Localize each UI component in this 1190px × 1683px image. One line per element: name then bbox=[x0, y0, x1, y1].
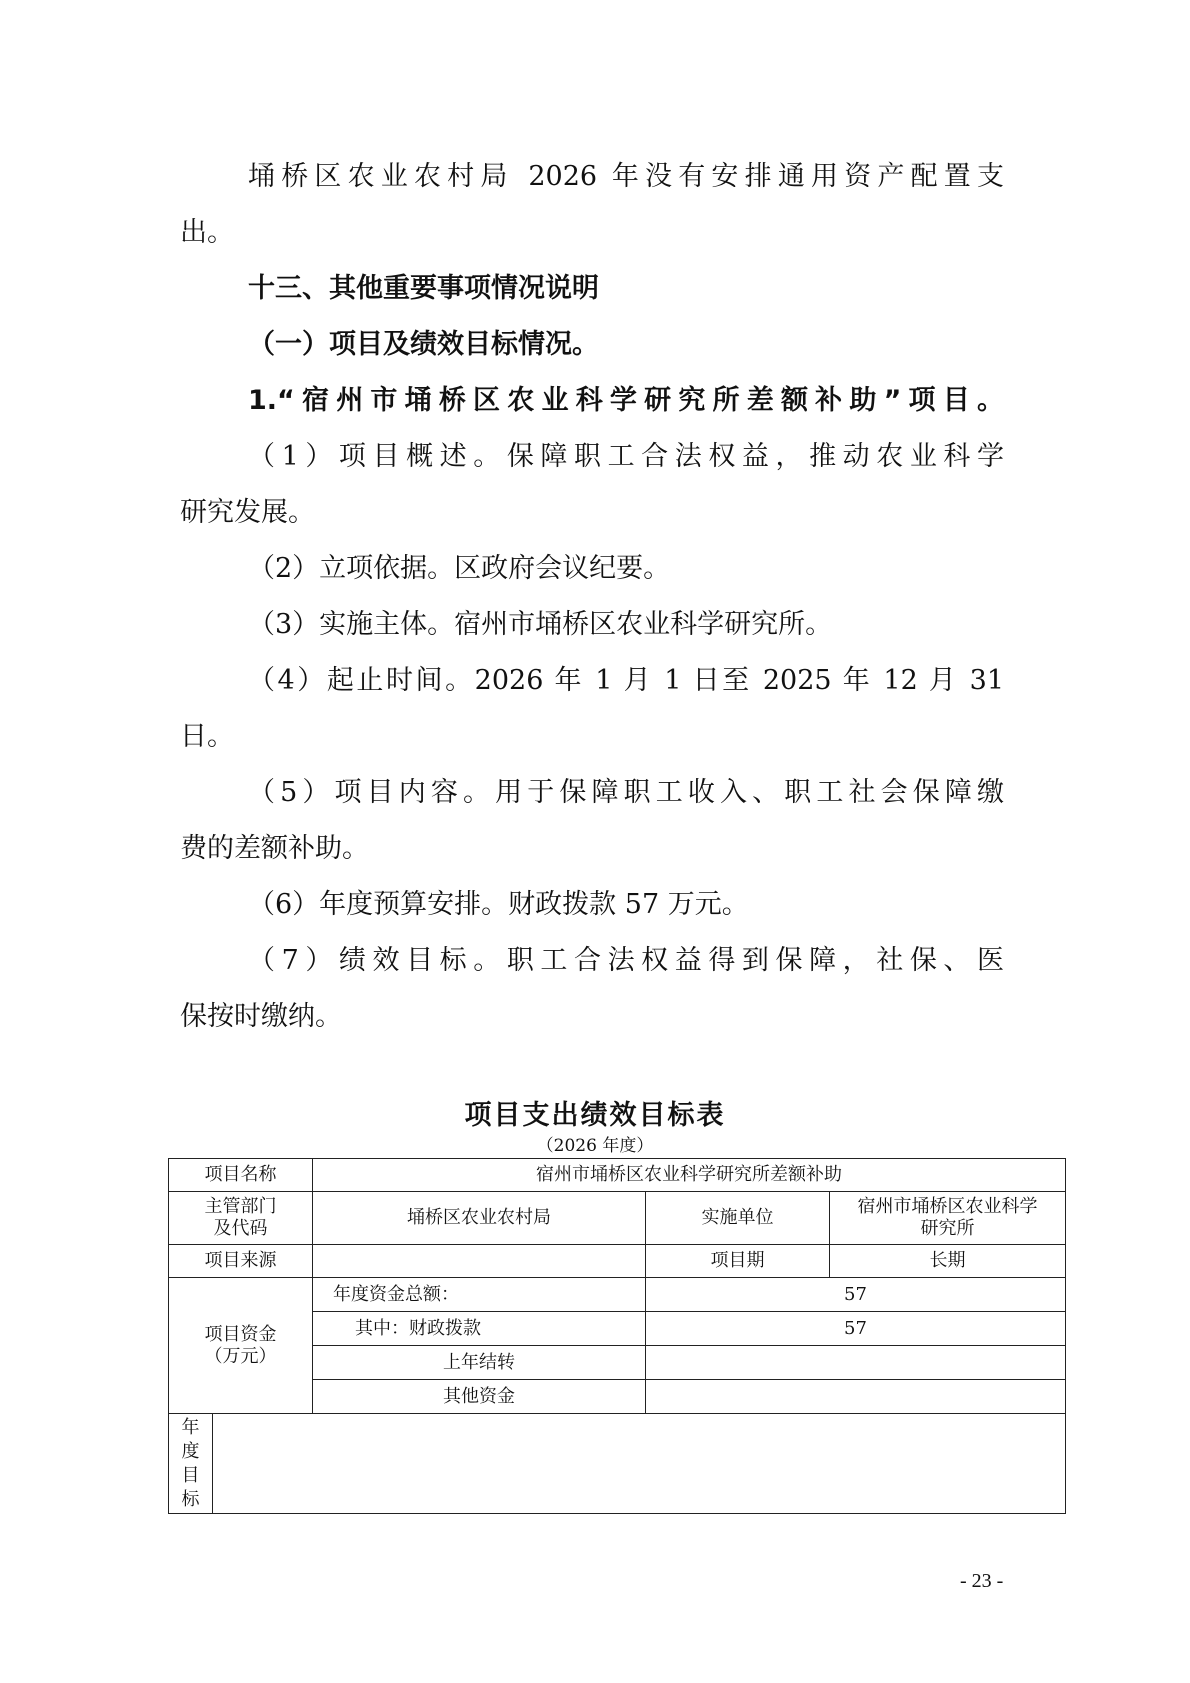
section-heading-line: （一）项目及绩效目标情况。 bbox=[248, 317, 1004, 373]
paragraph-line: （6）年度预算安排。财政拨款 57 万元。 bbox=[248, 877, 1004, 933]
fund-value: 57 bbox=[646, 1312, 1066, 1346]
fund-value bbox=[646, 1380, 1066, 1414]
table-row-annual-goal: 年 度 目 标 bbox=[169, 1414, 1066, 1514]
paragraph-line: （1）项目概述。保障职工合法权益，推动农业科学 bbox=[248, 429, 1004, 485]
paragraph-line: 日。 bbox=[180, 709, 1004, 765]
paragraph-line: 埇桥区农业农村局 2026 年没有安排通用资产配置支 bbox=[248, 149, 1004, 205]
department-label: 主管部门 及代码 bbox=[169, 1192, 313, 1245]
project-period-label: 项目期 bbox=[646, 1245, 830, 1278]
paragraph-line: （2）立项依据。区政府会议纪要。 bbox=[248, 541, 1004, 597]
annual-goal-value bbox=[213, 1414, 1066, 1514]
paragraph-line: 研究发展。 bbox=[180, 485, 1004, 541]
table-title: 项目支出绩效目标表 bbox=[0, 1093, 1190, 1132]
fund-value: 57 bbox=[646, 1278, 1066, 1312]
table-row-source: 项目来源 项目期 长期 bbox=[169, 1245, 1066, 1278]
fund-label: 上年结转 bbox=[313, 1346, 646, 1380]
paragraph-line: （3）实施主体。宿州市埇桥区农业科学研究所。 bbox=[248, 597, 1004, 653]
paragraph-line: 出。 bbox=[180, 205, 1004, 261]
section-heading-line: 十三、其他重要事项情况说明 bbox=[248, 261, 1004, 317]
fund-label: 其他资金 bbox=[313, 1380, 646, 1414]
paragraph-line: 费的差额补助。 bbox=[180, 821, 1004, 877]
fund-label: 其中：财政拨款 bbox=[313, 1312, 646, 1346]
implementing-unit-value: 宿州市埇桥区农业科学 研究所 bbox=[830, 1192, 1066, 1245]
performance-target-table: 项目名称 宿州市埇桥区农业科学研究所差额补助 主管部门 及代码 埇桥区农业农村局… bbox=[168, 1158, 1066, 1514]
fund-label: 年度资金总额： bbox=[313, 1278, 646, 1312]
project-name-value: 宿州市埇桥区农业科学研究所差额补助 bbox=[313, 1159, 1066, 1192]
paragraph-line: （5）项目内容。用于保障职工收入、职工社会保障缴 bbox=[248, 765, 1004, 821]
project-funds-label: 项目资金 （万元） bbox=[169, 1278, 313, 1414]
fund-value bbox=[646, 1346, 1066, 1380]
table-subtitle: （2026 年度） bbox=[0, 1131, 1190, 1156]
paragraph-line: 保按时缴纳。 bbox=[180, 989, 1004, 1045]
table-row-project-name: 项目名称 宿州市埇桥区农业科学研究所差额补助 bbox=[169, 1159, 1066, 1192]
project-period-value: 长期 bbox=[830, 1245, 1066, 1278]
paragraph-line: （7）绩效目标。职工合法权益得到保障，社保、医 bbox=[248, 933, 1004, 989]
implementing-unit-label: 实施单位 bbox=[646, 1192, 830, 1245]
project-source-value bbox=[313, 1245, 646, 1278]
section-heading-line: 1.“宿州市埇桥区农业科学研究所差额补助”项目。 bbox=[248, 373, 1004, 429]
project-name-label: 项目名称 bbox=[169, 1159, 313, 1192]
department-value: 埇桥区农业农村局 bbox=[313, 1192, 646, 1245]
annual-goal-label: 年 度 目 标 bbox=[169, 1414, 213, 1514]
table-row-department: 主管部门 及代码 埇桥区农业农村局 实施单位 宿州市埇桥区农业科学 研究所 bbox=[169, 1192, 1066, 1245]
page-number: - 23 - bbox=[960, 1570, 1003, 1593]
project-source-label: 项目来源 bbox=[169, 1245, 313, 1278]
table-row-fund-total: 项目资金 （万元） 年度资金总额： 57 bbox=[169, 1278, 1066, 1312]
paragraph-line: （4）起止时间。2026 年 1 月 1 日至 2025 年 12 月 31 bbox=[248, 653, 1004, 709]
